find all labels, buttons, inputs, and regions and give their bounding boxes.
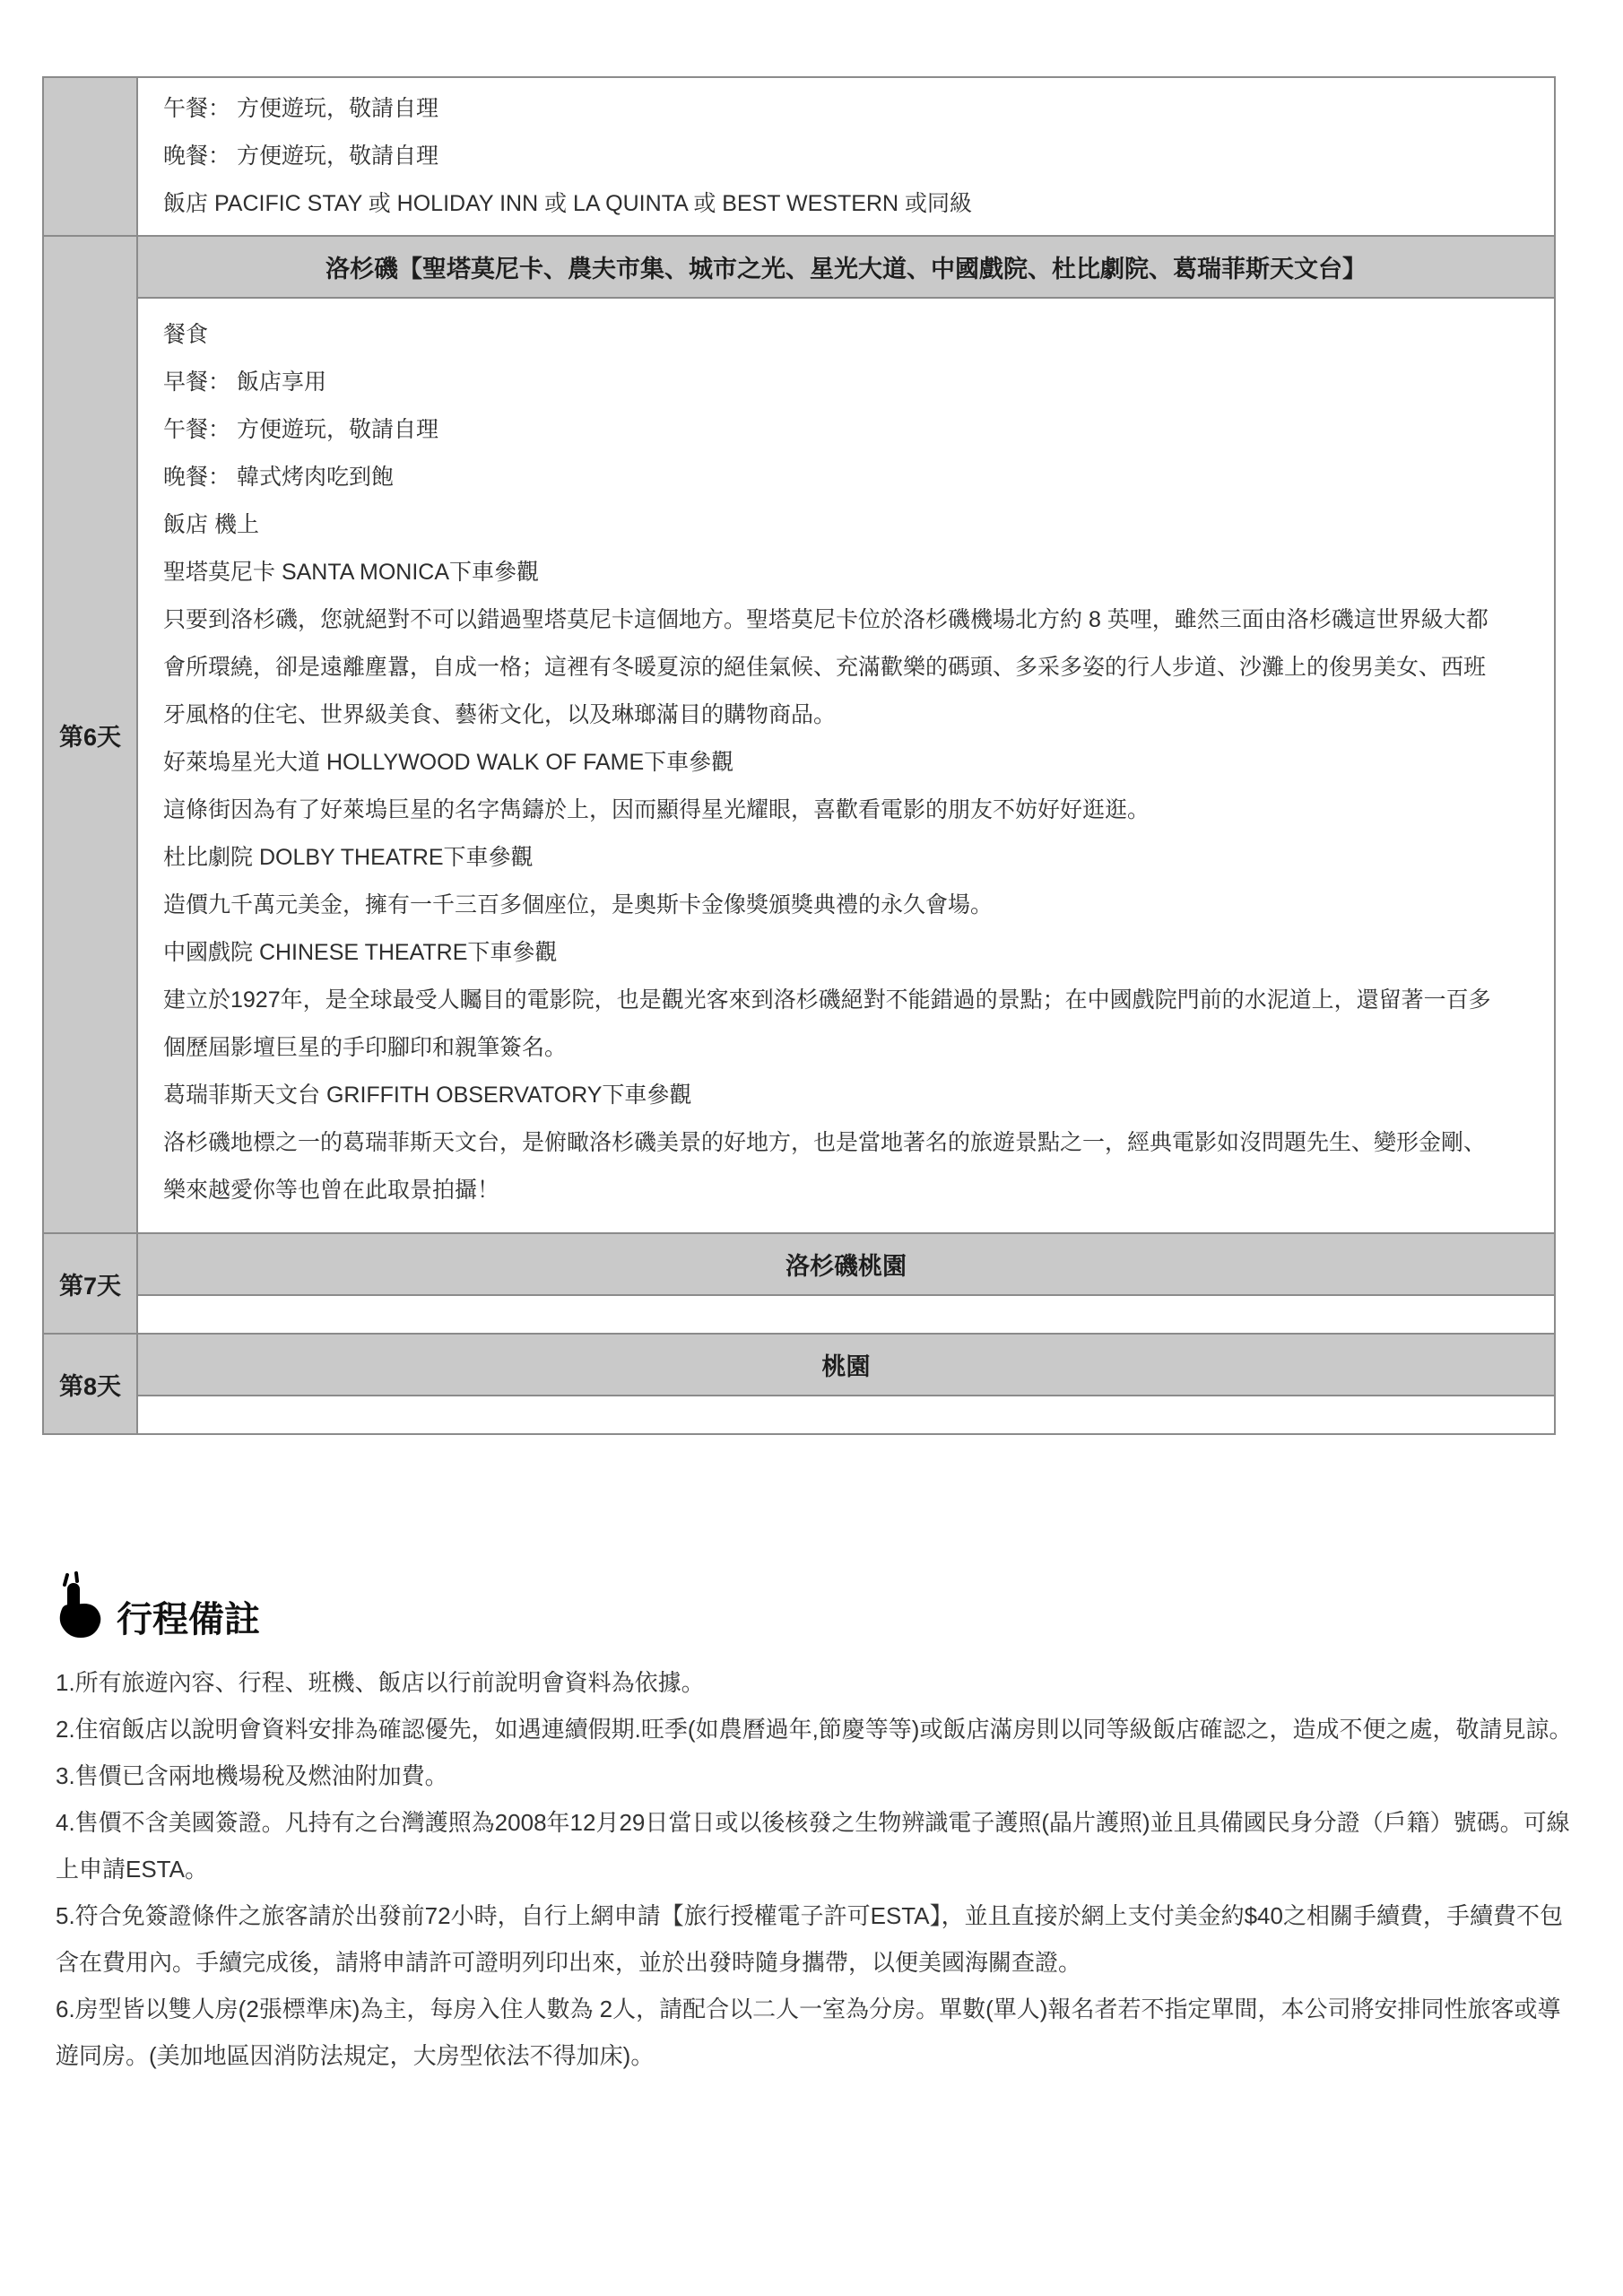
day7-content: 洛杉磯桃園 [138, 1234, 1554, 1333]
itinerary-line: 飯店 機上 [163, 501, 1500, 549]
day7-header: 洛杉磯桃園 [138, 1234, 1554, 1296]
itinerary-line: 聖塔莫尼卡 SANTA MONICA下車參觀 [163, 549, 1500, 596]
day8-content: 桃園 [138, 1335, 1554, 1433]
prev-day-lines: 午餐： 方便遊玩，敬請自理 晚餐： 方便遊玩，敬請自理 飯店 PACIFIC S… [138, 78, 1554, 235]
itinerary-paragraph: 建立於1927年，是全球最受人矚目的電影院，也是觀光客來到洛杉磯絕對不能錯過的景… [163, 977, 1500, 1072]
itinerary-paragraph: 造價九千萬元美金，擁有一千三百多個座位，是奧斯卡金像獎頒獎典禮的永久會場。 [163, 882, 1500, 929]
itinerary-line: 中國戲院 CHINESE THEATRE下車參觀 [163, 929, 1500, 977]
day6-lines: 餐食 早餐： 飯店享用 午餐： 方便遊玩，敬請自理 晚餐： 韓式烤肉吃到飽 飯店… [138, 299, 1554, 1232]
table-row-day6: 第6天 洛杉磯【聖塔莫尼卡、農夫市集、城市之光、星光大道、中國戲院、杜比劇院、葛… [44, 235, 1554, 1232]
day7-label: 第7天 [44, 1234, 138, 1333]
day7-empty-row [138, 1296, 1554, 1333]
note-item: 2.住宿飯店以說明會資料安排為確認優先，如遇連續假期.旺季(如農曆過年,節慶等等… [56, 1706, 1573, 1752]
itinerary-line: 晚餐： 韓式烤肉吃到飽 [163, 454, 1500, 501]
notes-list: 1.所有旅遊內容、行程、班機、飯店以行前說明會資料為依據。 2.住宿飯店以說明會… [56, 1659, 1573, 2079]
pointing-hand-icon [56, 1571, 102, 1639]
meal-line: 晚餐： 方便遊玩，敬請自理 [163, 133, 1500, 180]
prev-day-content: 午餐： 方便遊玩，敬請自理 晚餐： 方便遊玩，敬請自理 飯店 PACIFIC S… [138, 78, 1554, 235]
itinerary-line: 好萊塢星光大道 HOLLYWOOD WALK OF FAME下車參觀 [163, 739, 1500, 787]
day6-content: 洛杉磯【聖塔莫尼卡、農夫市集、城市之光、星光大道、中國戲院、杜比劇院、葛瑞菲斯天… [138, 237, 1554, 1232]
itinerary-line: 早餐： 飯店享用 [163, 359, 1500, 406]
note-item: 1.所有旅遊內容、行程、班機、飯店以行前說明會資料為依據。 [56, 1659, 1573, 1706]
notes-section: 行程備註 1.所有旅遊內容、行程、班機、飯店以行前說明會資料為依據。 2.住宿飯… [56, 1568, 1573, 2079]
itinerary-line: 杜比劇院 DOLBY THEATRE下車參觀 [163, 834, 1500, 882]
itinerary-line: 餐食 [163, 311, 1500, 359]
day-label-cell-empty [44, 78, 138, 235]
note-item: 3.售價已含兩地機場稅及燃油附加費。 [56, 1752, 1573, 1799]
itinerary-paragraph: 這條街因為有了好萊塢巨星的名字雋鑄於上，因而顯得星光耀眼，喜歡看電影的朋友不妨好… [163, 787, 1500, 834]
note-item: 6.房型皆以雙人房(2張標準床)為主，每房入住人數為 2人，請配合以二人一室為分… [56, 1986, 1573, 2079]
table-row-day8: 第8天 桃園 [44, 1333, 1554, 1433]
table-row-prev-day: 午餐： 方便遊玩，敬請自理 晚餐： 方便遊玩，敬請自理 飯店 PACIFIC S… [44, 78, 1554, 235]
day8-header: 桃園 [138, 1335, 1554, 1396]
meal-line: 午餐： 方便遊玩，敬請自理 [163, 85, 1500, 133]
notes-title: 行程備註 [117, 1600, 260, 1639]
hotel-line: 飯店 PACIFIC STAY 或 HOLIDAY INN 或 LA QUINT… [163, 180, 1500, 228]
itinerary-paragraph: 洛杉磯地標之一的葛瑞菲斯天文台，是俯瞰洛杉磯美景的好地方，也是當地著名的旅遊景點… [163, 1119, 1500, 1214]
day6-label: 第6天 [44, 237, 138, 1232]
note-item: 4.售價不含美國簽證。凡持有之台灣護照為2008年12月29日當日或以後核發之生… [56, 1799, 1573, 1892]
table-row-day7: 第7天 洛杉磯桃園 [44, 1232, 1554, 1333]
day6-header: 洛杉磯【聖塔莫尼卡、農夫市集、城市之光、星光大道、中國戲院、杜比劇院、葛瑞菲斯天… [138, 237, 1554, 299]
itinerary-line: 葛瑞菲斯天文台 GRIFFITH OBSERVATORY下車參觀 [163, 1072, 1500, 1119]
day8-label: 第8天 [44, 1335, 138, 1433]
itinerary-line: 午餐： 方便遊玩，敬請自理 [163, 406, 1500, 454]
note-item: 5.符合免簽證條件之旅客請於出發前72小時，自行上網申請【旅行授權電子許可EST… [56, 1892, 1573, 1986]
itinerary-table: 午餐： 方便遊玩，敬請自理 晚餐： 方便遊玩，敬請自理 飯店 PACIFIC S… [42, 76, 1556, 1435]
notes-header: 行程備註 [56, 1568, 1573, 1639]
itinerary-paragraph: 只要到洛杉磯，您就絕對不可以錯過聖塔莫尼卡這個地方。聖塔莫尼卡位於洛杉磯機場北方… [163, 596, 1500, 739]
day8-empty-row [138, 1396, 1554, 1433]
